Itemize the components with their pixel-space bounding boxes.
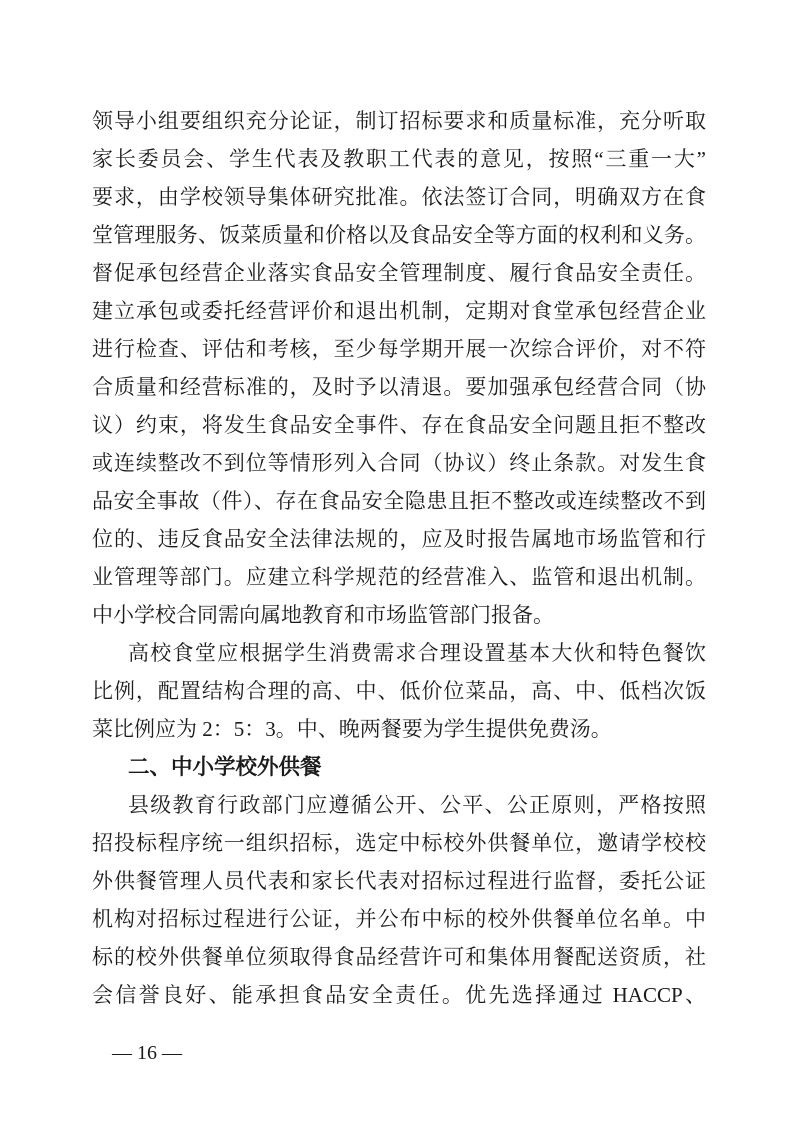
text-line: 位的、违反食品安全法律法规的，应及时报告属地市场监管和行 (92, 520, 706, 558)
text-line: 进行检查、评估和考核，至少每学期开展一次综合评价，对不符 (92, 330, 706, 368)
text-line: 家长委员会、学生代表及教职工代表的意见，按照“三重一大” (92, 140, 706, 178)
page-number: — 16 — (112, 1042, 182, 1064)
text-line: 合质量和经营标准的，及时予以清退。要加强承包经营合同（协 (92, 368, 706, 406)
text-line: 业管理等部门。应建立科学规范的经营准入、监管和退出机制。 (92, 558, 706, 596)
text-block: 领导小组要组织充分论证，制订招标要求和质量标准，充分听取家长委员会、学生代表及教… (92, 102, 706, 1014)
text-line: 要求，由学校领导集体研究批准。依法签订合同，明确双方在食 (92, 178, 706, 216)
section-heading: 二、中小学校外供餐 (92, 748, 706, 786)
text-line: 品安全事故（件）、存在食品安全隐患且拒不整改或连续整改不到 (92, 482, 706, 520)
text-line: 议）约束，将发生食品安全事件、存在食品安全问题且拒不整改 (92, 406, 706, 444)
text-line: 标的校外供餐单位须取得食品经营许可和集体用餐配送资质，社 (92, 938, 706, 976)
text-line: 高校食堂应根据学生消费需求合理设置基本大伙和特色餐饮 (92, 634, 706, 672)
text-line: 比例，配置结构合理的高、中、低价位菜品，高、中、低档次饭 (92, 672, 706, 710)
text-line: 菜比例应为 2：5：3。中、晚两餐要为学生提供免费汤。 (92, 710, 706, 748)
text-line: 会信誉良好、能承担食品安全责任。优先选择通过 HACCP、 (92, 976, 706, 1014)
text-line: 机构对招标过程进行公证，并公布中标的校外供餐单位名单。中 (92, 900, 706, 938)
document-page: 领导小组要组织充分论证，制订招标要求和质量标准，充分听取家长委员会、学生代表及教… (0, 0, 793, 1122)
text-line: 县级教育行政部门应遵循公开、公平、公正原则，严格按照 (92, 786, 706, 824)
text-line: 堂管理服务、饭菜质量和价格以及食品安全等方面的权利和义务。 (92, 216, 706, 254)
text-line: 领导小组要组织充分论证，制订招标要求和质量标准，充分听取 (92, 102, 706, 140)
text-line: 外供餐管理人员代表和家长代表对招标过程进行监督，委托公证 (92, 862, 706, 900)
text-line: 招投标程序统一组织招标，选定中标校外供餐单位，邀请学校校 (92, 824, 706, 862)
text-line: 或连续整改不到位等情形列入合同（协议）终止条款。对发生食 (92, 444, 706, 482)
text-line: 督促承包经营企业落实食品安全管理制度、履行食品安全责任。 (92, 254, 706, 292)
text-line: 建立承包或委托经营评价和退出机制，定期对食堂承包经营企业 (92, 292, 706, 330)
page-footer: — 16 — (112, 1038, 182, 1068)
text-line: 中小学校合同需向属地教育和市场监管部门报备。 (92, 596, 706, 634)
